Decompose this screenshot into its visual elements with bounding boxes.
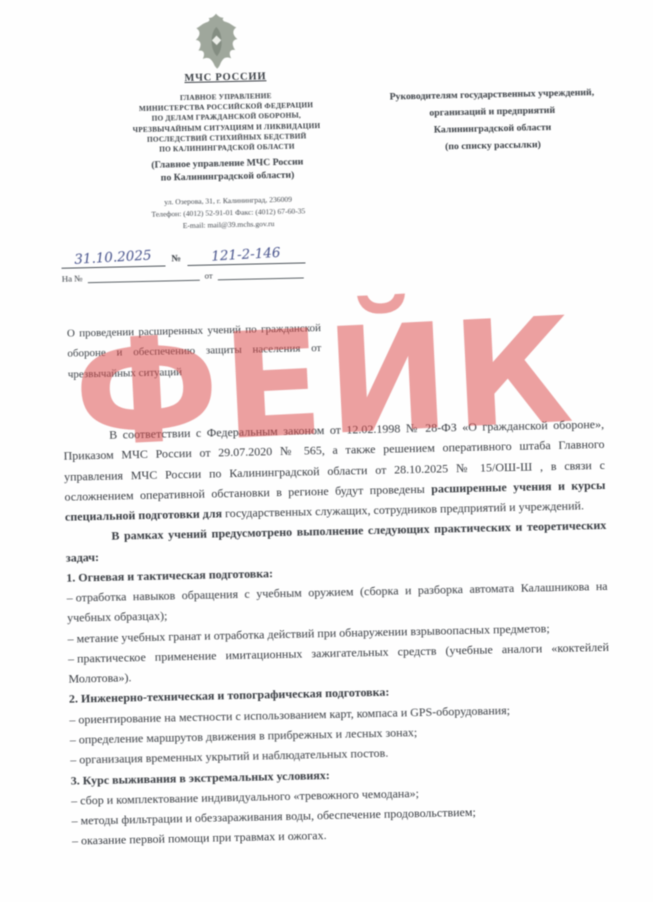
incoming-number-row: На № от: [62, 266, 342, 284]
handwritten-date-field: 31.10.2025: [61, 247, 165, 268]
reference-block: 31.10.2025 № 121-2-146 На № от: [61, 244, 342, 284]
text-segment: 3. Курс выживания в экстремальных услови…: [71, 768, 330, 788]
bullet-marker: –: [68, 651, 77, 665]
letter-subject: О проведении расширенных учений по гражд…: [67, 318, 322, 385]
bullet-marker: –: [67, 631, 76, 645]
bullet-marker: –: [72, 834, 81, 848]
incoming-date-blank: [218, 266, 304, 280]
mchs-eagle-emblem-icon: [190, 10, 243, 71]
org-short-title: МЧС РОССИИ: [65, 69, 385, 87]
incoming-number-blank: [87, 269, 199, 283]
bullet-marker: –: [70, 753, 79, 767]
org-paren-name: (Главное управление МЧС Россиипо Калинин…: [67, 154, 388, 187]
na-no-label: На №: [62, 273, 83, 283]
bullet-marker: –: [67, 591, 76, 605]
org-full-name: ГЛАВНОЕ УПРАВЛЕНИЕМИНИСТЕРСТВА РОССИЙСКО…: [66, 89, 387, 157]
text-segment: 1. Огневая и тактическая подготовка:: [66, 566, 273, 585]
text-segment: организация временных укрытий и наблюдат…: [79, 746, 388, 767]
recipient-block: Руководителям государственных учреждений…: [346, 83, 639, 158]
org-address: ул. Озерова, 31, г. Калининград, 236009Т…: [68, 191, 389, 234]
letter-photo: МЧС РОССИИ ГЛАВНОЕ УПРАВЛЕНИЕМИНИСТЕРСТВ…: [0, 0, 653, 902]
bullet-marker: –: [69, 712, 78, 726]
outgoing-number-row: 31.10.2025 № 121-2-146: [61, 244, 341, 269]
number-sign-label: №: [171, 254, 181, 266]
bullet-marker: –: [70, 732, 79, 746]
bullet-marker: –: [71, 793, 80, 807]
bullet-marker: –: [71, 814, 80, 828]
ot-label: от: [204, 270, 212, 280]
handwritten-number-field: 121-2-146: [187, 244, 305, 266]
sender-block: МЧС РОССИИ ГЛАВНОЕ УПРАВЛЕНИЕМИНИСТЕРСТВ…: [65, 69, 388, 235]
handwritten-date: 31.10.2025: [70, 247, 156, 269]
document-page: МЧС РОССИИ ГЛАВНОЕ УПРАВЛЕНИЕМИНИСТЕРСТВ…: [0, 0, 653, 902]
handwritten-number: 121-2-146: [207, 245, 285, 266]
letter-body: В соответствии с Федеральным законом от …: [63, 414, 613, 851]
body-paragraph: В соответствии с Федеральным законом от …: [63, 414, 606, 527]
text-segment: оказание первой помощи при травмах и ожо…: [81, 828, 327, 847]
